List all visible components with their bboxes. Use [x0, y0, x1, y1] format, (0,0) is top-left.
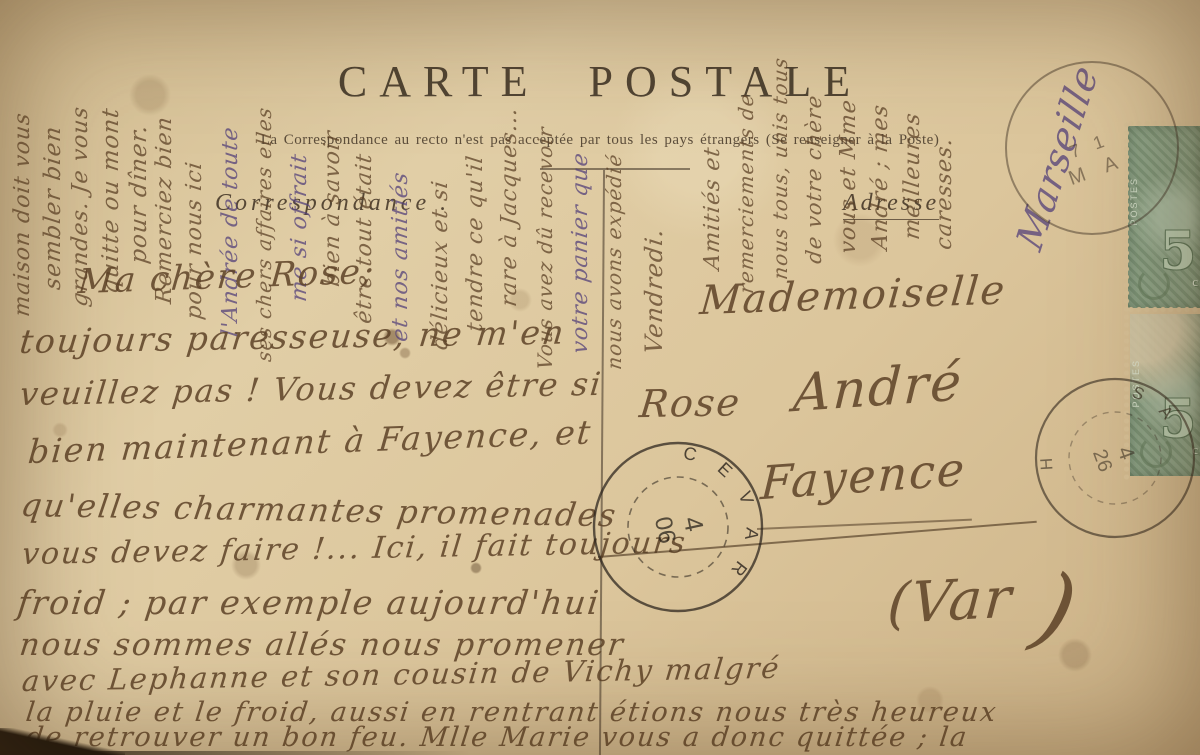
handwriting-line: vous et Mme [836, 98, 861, 255]
svg-text:V A R: V A R [722, 489, 763, 588]
handwriting-line: rare à Jacques... [497, 106, 522, 308]
handwriting-line: être tout était [352, 152, 377, 325]
handwriting-line: meilleures [900, 111, 925, 241]
stamp-unit: c [1192, 274, 1198, 290]
svg-text:H: H [1037, 453, 1057, 470]
handwriting-line: votre panier que [568, 151, 593, 355]
svg-text:06: 06 [649, 514, 681, 546]
handwriting-line: Rose [637, 380, 743, 426]
handwriting-line: caresses. [932, 136, 957, 251]
handwriting-line: de votre chère [802, 93, 826, 265]
handwriting-line: André [792, 352, 965, 424]
svg-text:26: 26 [1088, 446, 1116, 474]
handwriting-line: l'Andrée de toute [218, 125, 243, 338]
stamp-perforation-middle [1126, 305, 1200, 314]
handwriting-line: pour dîner. [126, 123, 152, 265]
handwriting-line: Amitiés et [700, 145, 725, 271]
scan-edge-shadow [0, 751, 470, 755]
handwriting-line: tendre ce qu'il [463, 154, 488, 333]
postmark-center: C E V A R 4 06 [585, 430, 775, 625]
handwriting-line: (Var [885, 565, 1015, 637]
handwriting-line: nous avons expédié [602, 152, 626, 371]
handwriting-line: froid ; par exemple aujourd'hui [15, 583, 602, 622]
handwriting-line: maison doit vous [10, 111, 35, 318]
svg-text:4: 4 [1113, 443, 1141, 463]
handwriting-line: André ; mes [868, 103, 893, 251]
svg-text:4: 4 [678, 514, 710, 534]
postmark-top-right: M A 7 1 [1000, 56, 1190, 246]
handwriting-line: nous tous, unis tous [768, 56, 792, 281]
handwriting-line: Vendredi. [640, 227, 668, 356]
stamp-ornament [1138, 268, 1170, 300]
postmark-right: S A H 4 26 [1030, 373, 1200, 545]
handwriting-line: remerciements de [734, 92, 758, 295]
handwriting-line: de retrouver un bon feu. Mlle Marie vous… [24, 722, 970, 753]
handwriting-line: sembler bien [40, 124, 66, 291]
